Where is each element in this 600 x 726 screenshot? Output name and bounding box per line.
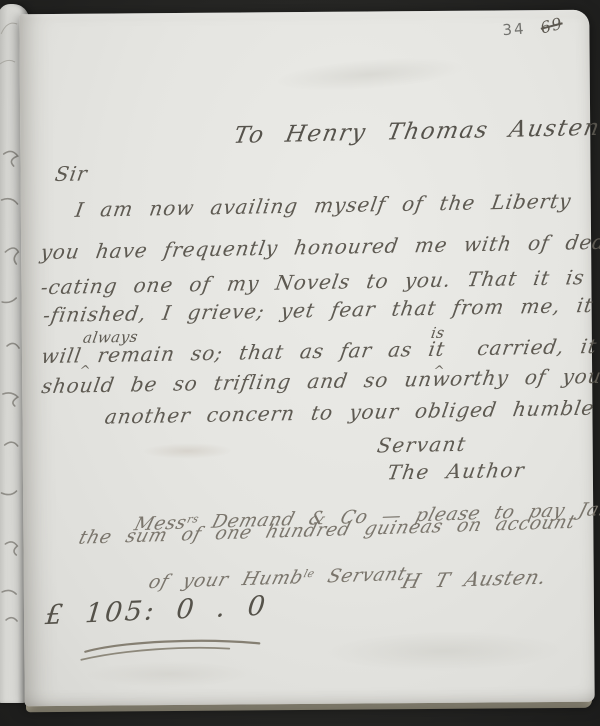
folio-number: 34 xyxy=(502,19,526,39)
ink-showthrough-smudge xyxy=(324,630,564,672)
dedication-heading: To Henry Thomas Austen Esqre —. xyxy=(102,91,600,174)
dedication-closing: Servant xyxy=(376,434,468,456)
dedication-line: I am now availing myself of the Liberty xyxy=(74,191,573,220)
money-order-from-text: of your Humb xyxy=(146,567,306,593)
amount-underline-flourish xyxy=(77,636,267,671)
dedication-line: -cating one of my Novels to you. That it… xyxy=(40,266,600,297)
money-order-from-rest: Servant. xyxy=(311,563,416,587)
cancelled-number: 69 xyxy=(538,14,564,38)
dedication-line: should be so trifling and so unworthy of… xyxy=(40,365,600,396)
salutation: Sir xyxy=(54,163,90,184)
manuscript-page: 34 69 To Henry Thomas Austen Esqre —. Si… xyxy=(19,10,594,706)
photograph-backdrop: 34 69 To Henry Thomas Austen Esqre —. Si… xyxy=(0,0,600,726)
money-order-signature: H T Austen. xyxy=(400,567,549,592)
dedication-line: -finished, I grieve; yet fear that from … xyxy=(42,295,595,325)
author-signature: The Author xyxy=(386,460,527,483)
ink-showthrough-smudge xyxy=(274,52,466,97)
dedication-line: you have frequently honoured me with of … xyxy=(39,231,600,262)
dedication-heading-text: To Henry Thomas Austen Esq xyxy=(232,113,600,149)
paper-stain xyxy=(143,443,233,460)
dedication-line: another concern to your obliged humble xyxy=(104,398,596,427)
interlinear-insertion-is: is xyxy=(430,326,446,341)
amount: £ 105: 0 . 0 xyxy=(44,593,269,629)
